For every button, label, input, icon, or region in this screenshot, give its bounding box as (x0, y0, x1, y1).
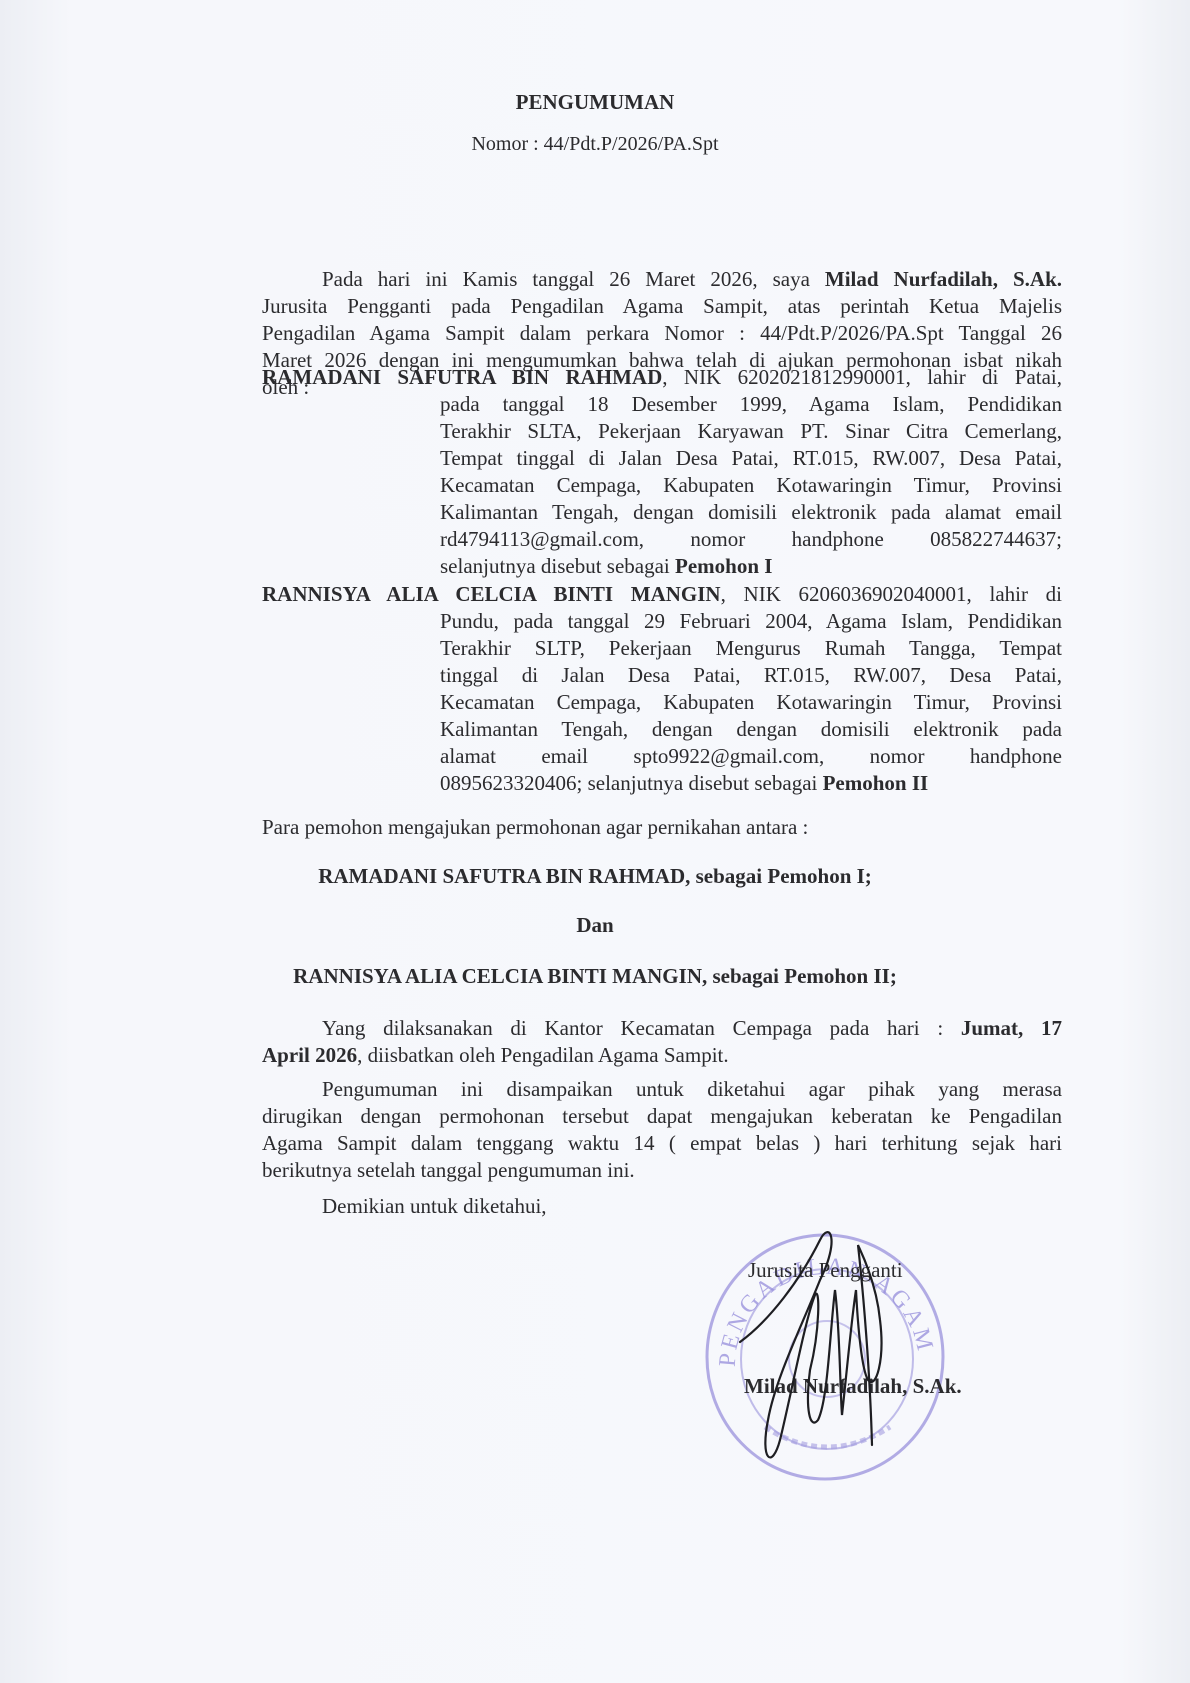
intro-line: Jurusita Pengganti pada Pengadilan Agama… (262, 293, 1062, 319)
notice-paragraph: Pengumuman ini disampaikan untuk diketah… (262, 1076, 1062, 1196)
detail-line: Kalimantan Tengah, dengan dengan domisil… (440, 716, 1062, 742)
applicant-2-role: Pemohon II (823, 771, 929, 795)
venue-line: Yang dilaksanakan di Kantor Kecamatan Ce… (262, 1015, 1062, 1041)
venue-paragraph: Yang dilaksanakan di Kantor Kecamatan Ce… (262, 1015, 1062, 1075)
ceremony-date: Jumat, 17 (961, 1016, 1062, 1040)
applicant-2-first-line: RANNISYA ALIA CELCIA BINTI MANGIN, NIK 6… (262, 581, 1062, 607)
detail-line: Kecamatan Cempaga, Kabupaten Kotawaringi… (440, 689, 1062, 715)
applicant-1-block: RAMADANI SAFUTRA BIN RAHMAD, NIK 6202021… (262, 364, 1062, 594)
notice-line: Pengumuman ini disampaikan untuk diketah… (262, 1076, 1062, 1102)
closing-text: Demikian untuk diketahui, (322, 1193, 547, 1219)
venue-line: April 2026, diisbatkan oleh Pengadilan A… (262, 1042, 1062, 1068)
applicant-2-name: RANNISYA ALIA CELCIA BINTI MANGIN (262, 582, 721, 606)
detail-line: pada tanggal 18 Desember 1999, Agama Isl… (440, 391, 1062, 417)
detail-line: tinggal di Jalan Desa Patai, RT.015, RW.… (440, 662, 1062, 688)
marriage-party-1: RAMADANI SAFUTRA BIN RAHMAD, sebagai Pem… (0, 863, 1190, 889)
intro-line: Pengadilan Agama Sampit dalam perkara No… (262, 320, 1062, 346)
notice-line: Agama Sampit dalam tenggang waktu 14 ( e… (262, 1130, 1062, 1156)
marriage-intro: Para pemohon mengajukan permohonan agar … (262, 814, 808, 840)
detail-line: Pundu, pada tanggal 29 Februari 2004, Ag… (440, 608, 1062, 634)
document-page: PENGUMUMAN Nomor : 44/Pdt.P/2026/PA.Spt … (0, 0, 1190, 1683)
applicant-1-name: RAMADANI SAFUTRA BIN RAHMAD (262, 365, 662, 389)
detail-line: Kalimantan Tengah, dengan domisili elekt… (440, 499, 1062, 525)
ceremony-date-cont: April 2026 (262, 1043, 357, 1067)
notice-line: dirugikan dengan permohonan tersebut dap… (262, 1103, 1062, 1129)
intro-line: Pada hari ini Kamis tanggal 26 Maret 202… (262, 266, 1062, 292)
detail-line: Terakhir SLTA, Pekerjaan Karyawan PT. Si… (440, 418, 1062, 444)
detail-line: alamat email spto9922@gmail.com, nomor h… (440, 743, 1062, 769)
bailiff-name: Milad Nurfadilah, S.Ak. (825, 267, 1062, 291)
detail-line: Terakhir SLTP, Pekerjaan Mengurus Rumah … (440, 635, 1062, 661)
document-title: PENGUMUMAN (0, 89, 1190, 115)
marriage-conjunction: Dan (0, 912, 1190, 938)
handwritten-signature-icon (680, 1220, 1020, 1520)
applicant-2-block: RANNISYA ALIA CELCIA BINTI MANGIN, NIK 6… (262, 581, 1062, 811)
detail-line: selanjutnya disebut sebagai Pemohon I (440, 553, 1062, 579)
detail-line: rd4794113@gmail.com, nomor handphone 085… (440, 526, 1062, 552)
marriage-party-2: RANNISYA ALIA CELCIA BINTI MANGIN, sebag… (0, 963, 1190, 989)
notice-line: berikutnya setelah tanggal pengumuman in… (262, 1157, 1062, 1183)
document-number: Nomor : 44/Pdt.P/2026/PA.Spt (0, 131, 1190, 157)
detail-line: Kecamatan Cempaga, Kabupaten Kotawaringi… (440, 472, 1062, 498)
applicant-1-role: Pemohon I (675, 554, 772, 578)
detail-line: Tempat tinggal di Jalan Desa Patai, RT.0… (440, 445, 1062, 471)
detail-line: 0895623320406; selanjutnya disebut sebag… (440, 770, 1062, 796)
applicant-1-first-line: RAMADANI SAFUTRA BIN RAHMAD, NIK 6202021… (262, 364, 1062, 390)
